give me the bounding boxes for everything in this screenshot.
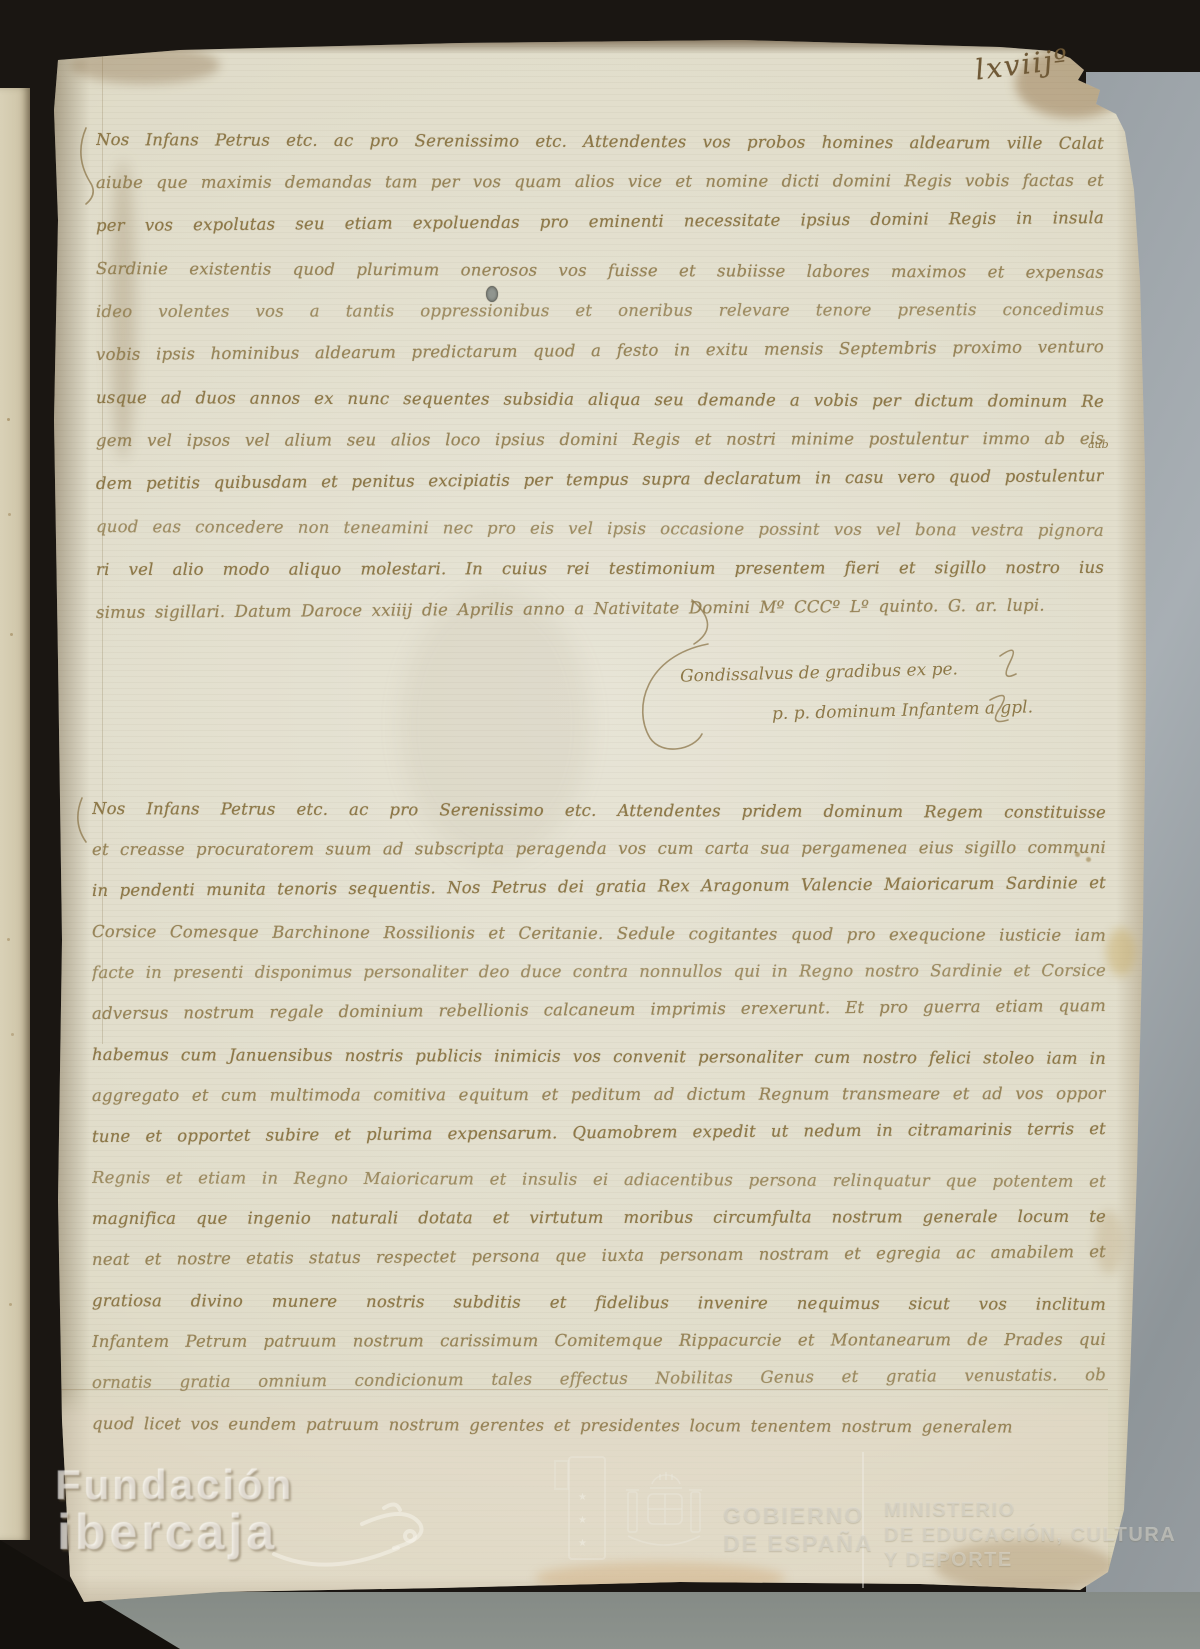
manuscript-line: neat et nostre etatis status respectet p… [92,1231,1106,1280]
manuscript-line: in pendenti munita tenoris sequentis. No… [92,862,1106,911]
manuscript-line: dem petitis quibusdam et penitus excipia… [96,454,1104,505]
text-block-2: Nos Infans Petrus etc. ac pro Serenissim… [92,788,1106,1444]
ibercaja-watermark: ibercaja [58,1504,279,1562]
chancery-note: p. p. dominum Infantem a gpl. [680,687,1034,736]
gobierno-watermark: DE ESPAÑA [723,1530,874,1557]
manuscript-line: usque ad duos annos ex nunc sequentes su… [96,376,1104,423]
scanner-mat-bottom [26,1592,1200,1649]
ibercaja-swoosh-icon [266,1492,446,1584]
manuscript-line: ornatis gratia omnium condicionum tales … [92,1354,1106,1403]
gobierno-watermark: GOBIERNO [723,1500,864,1530]
manuscript-line: Nos Infans Petrus etc. ac pro Serenissim… [96,118,1104,165]
previous-page-edge [0,88,30,1540]
spain-coat-of-arms-icon [616,1466,712,1566]
manuscript-line: gratiosa divino munere nostris subditis … [92,1280,1106,1325]
manuscript-line: simus sigillari. Datum Daroce xxiiij die… [96,583,1104,634]
manuscript-line: Sardinie existentis quod plurimum oneros… [96,247,1104,294]
text-block-1: Nos Infans Petrus etc. ac pro Serenissim… [96,118,1104,634]
manuscript-line: Nos Infans Petrus etc. ac pro Serenissim… [92,788,1106,833]
star-icon: ★ [578,1492,587,1503]
star-icon: ★ [578,1515,587,1526]
manuscript-line: per vos expolutas seu etiam expoluendas … [96,196,1104,247]
interlinear-note: aub [1088,438,1109,451]
manuscript-scan: Nos Infans Petrus etc. ac pro Serenissim… [0,0,1200,1649]
star-icon: ★ [578,1538,587,1549]
manuscript-line: habemus cum Januensibus nostris publicis… [92,1034,1106,1079]
manuscript-page: Nos Infans Petrus etc. ac pro Serenissim… [40,40,1148,1602]
ministerio-watermark: Y DEPORTE [884,1549,1013,1572]
manuscript-line: quod eas concedere non teneamini nec pro… [96,505,1104,552]
flag-bar-icon [568,1456,606,1560]
ministerio-watermark: MINISTERIO [884,1499,1016,1522]
chancery-notes: Gondissalvus de gradibus ex pe. p. p. do… [680,652,1033,732]
manuscript-line: Corsice Comesque Barchinone Rossilionis … [92,911,1106,956]
manuscript-line: adversus nostrum regale dominium rebelli… [92,985,1106,1034]
manuscript-line: quod licet vos eundem patruum nostrum ge… [92,1403,1106,1448]
manuscript-line: tune et opportet subire et plurima expen… [92,1108,1106,1157]
fundacion-watermark: Fundación [56,1462,295,1510]
ministerio-watermark: DE EDUCACIÓN, CULTURA [884,1524,1176,1547]
manuscript-line: vobis ipsis hominibus aldearum predictar… [96,325,1104,376]
manuscript-line: Regnis et etiam in Regno Maioricarum et … [92,1157,1106,1202]
